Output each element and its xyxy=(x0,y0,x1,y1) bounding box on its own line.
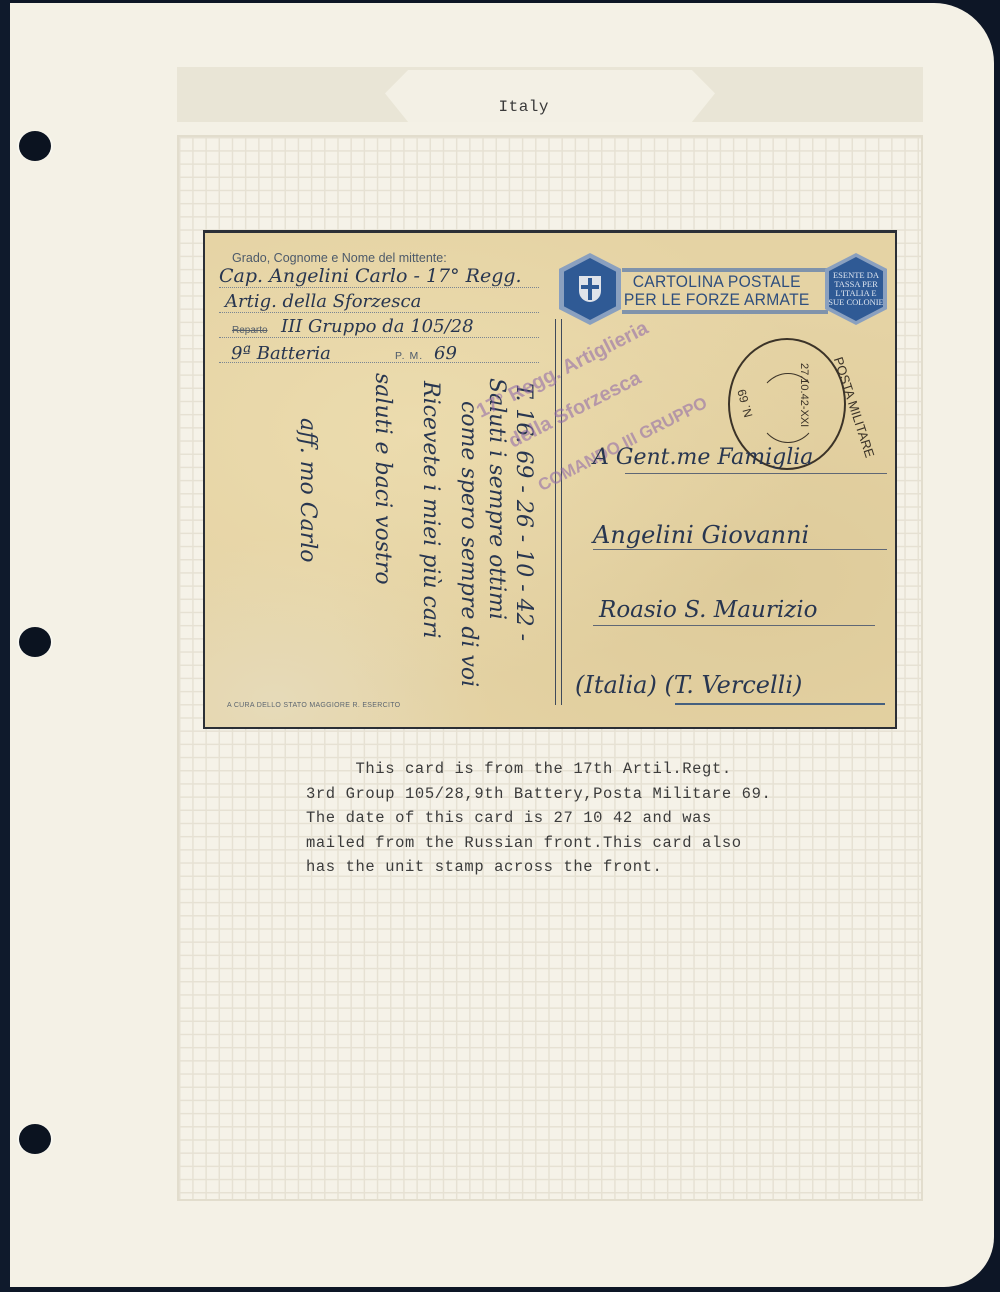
pm-number-handwritten: 69 xyxy=(434,343,457,364)
binder-edge xyxy=(0,0,10,1292)
sender-unit-handwritten: Artig. della Sforzesca xyxy=(225,291,421,312)
message-line-5: saluti e baci vostro xyxy=(370,373,395,585)
binder-hole-bottom xyxy=(17,1124,53,1154)
address-line-4: (Italia) (T. Vercelli) xyxy=(575,671,802,699)
address-rule-3 xyxy=(593,625,875,626)
reparto-label: Reparto xyxy=(232,325,268,336)
sender-group-handwritten: III Gruppo da 105/28 xyxy=(281,316,474,337)
address-rule-1 xyxy=(625,473,887,474)
address-line-3: Roasio S. Maurizio xyxy=(599,597,818,623)
address-line-1: A Gent.me Famiglia xyxy=(593,445,813,470)
exempt-line-4: SUE COLONIE xyxy=(828,298,883,307)
description-line-3: The date of this card is 27 10 42 and wa… xyxy=(306,806,906,831)
sender-name-handwritten: Cap. Angelini Carlo - 17° Regg. xyxy=(219,265,522,287)
sender-label: Grado, Cognome e Nome del mittente: xyxy=(232,251,447,265)
description-text: This card is from the 17th Artil.Regt.3r… xyxy=(306,757,906,880)
postcard-title: CARTOLINA POSTALE PER LE FORZE ARMATE xyxy=(622,268,828,314)
binder-hole-top xyxy=(17,131,53,161)
postcard-title-line-2: PER LE FORZE ARMATE xyxy=(622,291,812,309)
sender-line-2 xyxy=(219,312,539,313)
sender-battery-handwritten: 9ª Batteria xyxy=(231,343,331,364)
pm-label: P. M. xyxy=(395,350,423,362)
postmark-date: 27.10.42-XXI xyxy=(798,363,810,427)
address-rule-2 xyxy=(593,549,887,550)
description-line-1: This card is from the 17th Artil.Regt. xyxy=(306,757,906,782)
printer-footer: A CURA DELLO STATO MAGGIORE R. ESERCITO xyxy=(227,702,400,709)
binder-hole-middle xyxy=(17,627,53,657)
tax-exempt-badge: ESENTE DA TASSA PER L'ITALIA E SUE COLON… xyxy=(825,253,887,325)
sender-line-3 xyxy=(219,337,539,338)
message-line-3: come spero sempre di voi xyxy=(456,401,481,687)
message-signature: aff. mo Carlo xyxy=(295,418,320,563)
page-title: Italy xyxy=(385,98,549,116)
postcard-title-line-1: CARTOLINA POSTALE xyxy=(622,273,812,291)
postcard: Grado, Cognome e Nome del mittente: Cap.… xyxy=(203,230,897,729)
address-rule-4 xyxy=(675,703,885,705)
message-line-4: Ricevete i miei più cari xyxy=(418,381,443,639)
description-line-5: has the unit stamp across the front. xyxy=(306,855,906,880)
address-line-2: Angelini Giovanni xyxy=(593,521,809,549)
description-line-2: 3rd Group 105/28,9th Battery,Posta Milit… xyxy=(306,782,906,807)
savoy-shield-icon xyxy=(559,253,621,325)
sender-line-1 xyxy=(219,287,539,288)
description-line-4: mailed from the Russian front.This card … xyxy=(306,831,906,856)
